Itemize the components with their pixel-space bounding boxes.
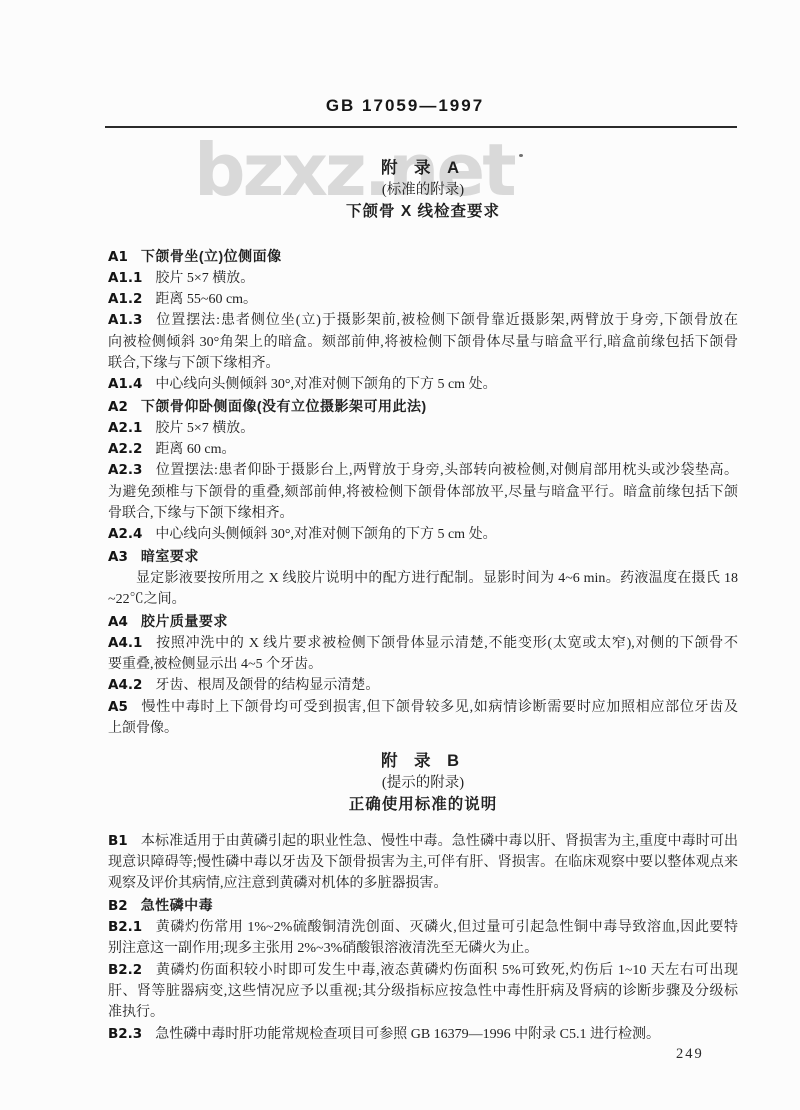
section-a4-2: A4.2牙齿、根周及颌骨的结构显示清楚。 xyxy=(108,675,738,696)
text: 暗室要求 xyxy=(141,548,199,564)
text: 胶片 5×7 横放。 xyxy=(155,421,254,436)
text: 中心线向头侧倾斜 30°,对准对侧下颌角的下方 5 cm 处。 xyxy=(155,527,496,542)
section-label: A1.2 xyxy=(108,291,142,307)
section-a1-4: A1.4中心线向头侧倾斜 30°,对准对侧下颌角的下方 5 cm 处。 xyxy=(108,374,738,395)
text-line: A1.4中心线向头侧倾斜 30°,对准对侧下颌角的下方 5 cm 处。 xyxy=(108,374,738,395)
text-line: A2.1胶片 5×7 横放。 xyxy=(108,418,738,439)
section-label: A2.3 xyxy=(108,462,142,478)
text-line: A1.1胶片 5×7 横放。 xyxy=(108,268,738,289)
text-line: B2.3急性磷中毒时肝功能常规检查项目可参照 GB 16379—1996 中附录… xyxy=(108,1024,738,1045)
text: 距离 60 cm。 xyxy=(155,442,235,457)
section-a2-1: A2.1胶片 5×7 横放。 xyxy=(108,418,738,439)
section-label: A1.1 xyxy=(108,270,142,286)
text: 急性磷中毒 xyxy=(141,897,214,913)
text-line: 上颌骨像。 xyxy=(108,718,738,739)
section-a1-3: A1.3位置摆法:患者侧位坐(立)于摄影架前,被检侧下颌骨靠近摄影架,两臂放于身… xyxy=(108,310,738,374)
text: 中心线向头侧倾斜 30°,对准对侧下颌角的下方 5 cm 处。 xyxy=(155,377,496,392)
text-line: 现意识障碍等;慢性磷中毒以牙齿及下颌骨损害为主,可伴有肝、肾损害。在临床观察中要… xyxy=(108,852,738,873)
section-label: A2.2 xyxy=(108,441,142,457)
section-label: A2 xyxy=(108,399,128,415)
text-line: A3暗室要求 xyxy=(108,546,738,568)
text-line: 别注意这一副作用;现多主张用 2%~3%硝酸银溶液清洗至无磷火为止。 xyxy=(108,938,738,959)
section-label: A2.4 xyxy=(108,526,142,542)
appendix-title-line: 正确使用标准的说明 xyxy=(108,794,738,816)
section-a2: A2下颌骨仰卧侧面像(没有立位摄影架可用此法) xyxy=(108,396,738,418)
section-label: A4.1 xyxy=(108,635,142,651)
appendix-title-line: 下颌骨 X 线检查要求 xyxy=(108,201,738,223)
text: 距离 55~60 cm。 xyxy=(155,292,257,307)
section-label: A1 xyxy=(108,249,128,265)
paragraph: 显定影液要按所用之 X 线胶片说明中的配方进行配制。显影时间为 4~6 min。… xyxy=(108,568,738,611)
text: 本标准适用于由黄磷引起的职业性急、慢性中毒。急性磷中毒以肝、肾损害为主,重度中毒… xyxy=(141,834,738,849)
text-line: A1.2距离 55~60 cm。 xyxy=(108,289,738,310)
section-label: A4.2 xyxy=(108,677,142,693)
text-line: A5慢性中毒时上下颌骨均可受到损害,但下颌骨较多见,如病情诊断需要时应加照相应部… xyxy=(108,697,738,718)
text-line: A4.1按照冲洗中的 X 线片要求被检侧下颌骨体显示清楚,不能变形(太宽或太窄)… xyxy=(108,633,738,654)
header-divider xyxy=(105,126,737,128)
text-line: A2.3位置摆法:患者仰卧于摄影台上,两臂放于身旁,头部转向被检侧,对侧肩部用枕… xyxy=(108,460,738,481)
text-line: 为避免颈椎与下颌骨的重叠,颏部前伸,将被检侧下颌骨体部放平,尽量与暗盒平行。暗盒… xyxy=(108,482,738,503)
section-label: B1 xyxy=(108,833,128,849)
section-label: A4 xyxy=(108,614,128,630)
section-a2-4: A2.4中心线向头侧倾斜 30°,对准对侧下颌角的下方 5 cm 处。 xyxy=(108,524,738,545)
text: 位置摆法:患者仰卧于摄影台上,两臂放于身旁,头部转向被检侧,对侧肩部用枕头或沙袋… xyxy=(155,463,738,478)
text-line: B2急性磷中毒 xyxy=(108,895,738,917)
section-a2-3: A2.3位置摆法:患者仰卧于摄影台上,两臂放于身旁,头部转向被检侧,对侧肩部用枕… xyxy=(108,460,738,524)
section-a2-2: A2.2距离 60 cm。 xyxy=(108,439,738,460)
text-line: ~22℃之间。 xyxy=(108,589,738,610)
text: 肝、肾等脏器病变,这些情况应予以重视;其分级指标应按急性中毒性肝病及肾病的诊断步… xyxy=(108,984,738,999)
text: 向被检侧倾斜 30°角架上的暗盒。颏部前伸,将被检侧下颌骨体尽量与暗盒平行,暗盒… xyxy=(108,335,738,350)
section-label: A2.1 xyxy=(108,420,142,436)
text: 上颌骨像。 xyxy=(108,721,178,736)
text: 下颌骨仰卧侧面像(没有立位摄影架可用此法) xyxy=(141,398,427,414)
text-line: 显定影液要按所用之 X 线胶片说明中的配方进行配制。显影时间为 4~6 min。… xyxy=(108,568,738,589)
appendix-a-title: 附 录 A(标准的附录)下颌骨 X 线检查要求 xyxy=(108,158,738,223)
section-label: A1.3 xyxy=(108,312,142,328)
section-label: B2.2 xyxy=(108,962,142,978)
text: 胶片质量要求 xyxy=(141,613,228,629)
section-a4: A4胶片质量要求 xyxy=(108,611,738,633)
text-line: 骨联合,下缘与下颌下缘相齐。 xyxy=(108,503,738,524)
appendix-title-line: 附 录 B xyxy=(108,751,738,773)
text: 位置摆法:患者侧位坐(立)于摄影架前,被检侧下颌骨靠近摄影架,两臂放于身旁,下颌… xyxy=(155,313,738,328)
text: 为避免颈椎与下颌骨的重叠,颏部前伸,将被检侧下颌骨体部放平,尽量与暗盒平行。暗盒… xyxy=(108,485,738,500)
section-a1-2: A1.2距离 55~60 cm。 xyxy=(108,289,738,310)
text: ~22℃之间。 xyxy=(108,592,186,607)
section-label: A1.4 xyxy=(108,376,142,392)
section-a4-1: A4.1按照冲洗中的 X 线片要求被检侧下颌骨体显示清楚,不能变形(太宽或太窄)… xyxy=(108,633,738,676)
text: 牙齿、根周及颌骨的结构显示清楚。 xyxy=(155,678,379,693)
document-page: bzxz.net GB 17059—1997 附 录 A(标准的附录)下颌骨 X… xyxy=(0,0,800,1110)
page-number: 249 xyxy=(676,1046,704,1063)
text-line: A2.2距离 60 cm。 xyxy=(108,439,738,460)
appendix-title-line: (标准的附录) xyxy=(108,180,738,202)
appendix-b-title: 附 录 B(提示的附录)正确使用标准的说明 xyxy=(108,751,738,816)
text-line: B2.1黄磷灼伤常用 1%~2%硫酸铜清洗创面、灭磷火,但过量可引起急性铜中毒导… xyxy=(108,917,738,938)
text-line: 要重叠,被检侧显示出 4~5 个牙齿。 xyxy=(108,654,738,675)
text: 要重叠,被检侧显示出 4~5 个牙齿。 xyxy=(108,657,322,672)
text: 按照冲洗中的 X 线片要求被检侧下颌骨体显示清楚,不能变形(太宽或太窄),对侧的… xyxy=(155,636,738,651)
text: 准执行。 xyxy=(108,1005,164,1020)
text-line: A4胶片质量要求 xyxy=(108,611,738,633)
text: 黄磷灼伤常用 1%~2%硫酸铜清洗创面、灭磷火,但过量可引起急性铜中毒导致溶血,… xyxy=(155,920,738,935)
section-label: A3 xyxy=(108,549,128,565)
text-line: 观察及评价其病情,应注意到黄磷对机体的多脏器损害。 xyxy=(108,873,738,894)
text: 黄磷灼伤面积较小时即可发生中毒,液态黄磷灼伤面积 5%可致死,灼伤后 1~10 … xyxy=(155,963,738,978)
text-line: A2.4中心线向头侧倾斜 30°,对准对侧下颌角的下方 5 cm 处。 xyxy=(108,524,738,545)
text-line: 肝、肾等脏器病变,这些情况应予以重视;其分级指标应按急性中毒性肝病及肾病的诊断步… xyxy=(108,981,738,1002)
section-b1: B1本标准适用于由黄磷引起的职业性急、慢性中毒。急性磷中毒以肝、肾损害为主,重度… xyxy=(108,831,738,895)
text: 下颌骨坐(立)位侧面像 xyxy=(141,248,282,264)
text: 现意识障碍等;慢性磷中毒以牙齿及下颌骨损害为主,可伴有肝、肾损害。在临床观察中要… xyxy=(108,855,738,870)
section-a3: A3暗室要求 xyxy=(108,546,738,568)
appendix-title-line: 附 录 A xyxy=(108,158,738,180)
text: 骨联合,下缘与下颌下缘相齐。 xyxy=(108,506,294,521)
section-label: B2 xyxy=(108,898,128,914)
text: 别注意这一副作用;现多主张用 2%~3%硝酸银溶液清洗至无磷火为止。 xyxy=(108,941,538,956)
text-line: 联合,下缘与下颌下缘相齐。 xyxy=(108,353,738,374)
text: 联合,下缘与下颌下缘相齐。 xyxy=(108,356,280,371)
appendix-title-line: (提示的附录) xyxy=(108,773,738,795)
text-line: B1本标准适用于由黄磷引起的职业性急、慢性中毒。急性磷中毒以肝、肾损害为主,重度… xyxy=(108,831,738,852)
text-line: A1.3位置摆法:患者侧位坐(立)于摄影架前,被检侧下颌骨靠近摄影架,两臂放于身… xyxy=(108,310,738,331)
text-line: 向被检侧倾斜 30°角架上的暗盒。颏部前伸,将被检侧下颌骨体尽量与暗盒平行,暗盒… xyxy=(108,332,738,353)
text-line: 准执行。 xyxy=(108,1002,738,1023)
text-line: A1下颌骨坐(立)位侧面像 xyxy=(108,246,738,268)
text: 慢性中毒时上下颌骨均可受到损害,但下颌骨较多见,如病情诊断需要时应加照相应部位牙… xyxy=(141,700,738,715)
section-b2-2: B2.2黄磷灼伤面积较小时即可发生中毒,液态黄磷灼伤面积 5%可致死,灼伤后 1… xyxy=(108,960,738,1024)
text: 胶片 5×7 横放。 xyxy=(155,271,254,286)
section-label: A5 xyxy=(108,699,128,715)
section-a1: A1下颌骨坐(立)位侧面像 xyxy=(108,246,738,268)
section-a5: A5慢性中毒时上下颌骨均可受到损害,但下颌骨较多见,如病情诊断需要时应加照相应部… xyxy=(108,697,738,740)
text-line: A4.2牙齿、根周及颌骨的结构显示清楚。 xyxy=(108,675,738,696)
section-label: B2.3 xyxy=(108,1026,142,1042)
section-label: B2.1 xyxy=(108,919,142,935)
text: 急性磷中毒时肝功能常规检查项目可参照 GB 16379—1996 中附录 C5.… xyxy=(155,1027,660,1042)
text: 观察及评价其病情,应注意到黄磷对机体的多脏器损害。 xyxy=(108,876,448,891)
standard-code-header: GB 17059—1997 xyxy=(105,96,705,116)
section-b2-3: B2.3急性磷中毒时肝功能常规检查项目可参照 GB 16379—1996 中附录… xyxy=(108,1024,738,1045)
section-b2: B2急性磷中毒 xyxy=(108,895,738,917)
document-body: 附 录 A(标准的附录)下颌骨 X 线检查要求A1下颌骨坐(立)位侧面像A1.1… xyxy=(108,152,738,1045)
text: 显定影液要按所用之 X 线胶片说明中的配方进行配制。显影时间为 4~6 min。… xyxy=(136,571,738,586)
text-line: A2下颌骨仰卧侧面像(没有立位摄影架可用此法) xyxy=(108,396,738,418)
text-line: B2.2黄磷灼伤面积较小时即可发生中毒,液态黄磷灼伤面积 5%可致死,灼伤后 1… xyxy=(108,960,738,981)
section-b2-1: B2.1黄磷灼伤常用 1%~2%硫酸铜清洗创面、灭磷火,但过量可引起急性铜中毒导… xyxy=(108,917,738,960)
section-a1-1: A1.1胶片 5×7 横放。 xyxy=(108,268,738,289)
